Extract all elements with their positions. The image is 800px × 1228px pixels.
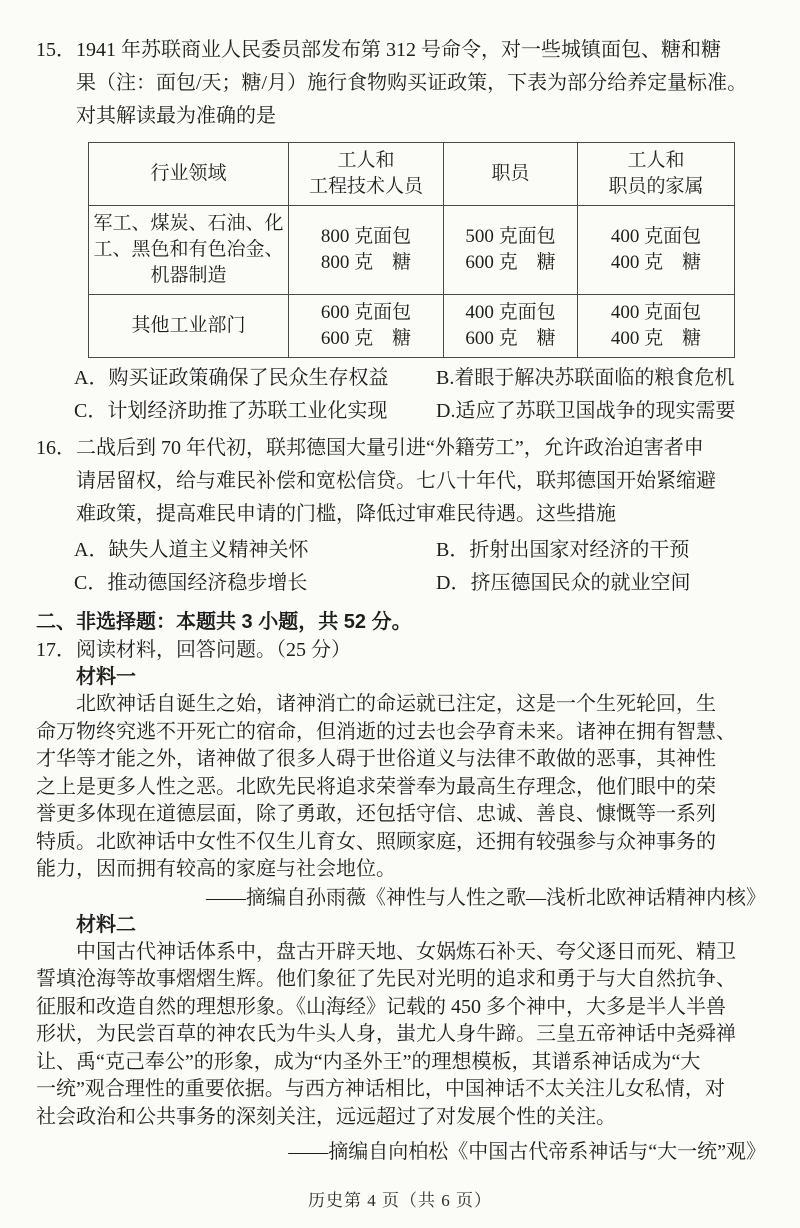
question-17: 17．阅读材料，回答问题。（25 分） 材料一 北欧神话自诞生之始，诸神消亡的命…	[36, 636, 768, 1166]
section-2-title: 二、非选择题：本题共 3 小题，共 52 分。	[36, 608, 768, 636]
option-label: B.	[436, 367, 454, 389]
option-label: D．	[436, 572, 470, 594]
table-cell-value: 600 克面包 600 克 糖	[289, 295, 444, 358]
ration-header-families: 工人和 职员的家属	[578, 143, 735, 206]
option-15-B: B.着眼于解决苏联面临的粮食危机	[436, 362, 768, 395]
question-16-number: 16．	[36, 432, 76, 465]
ration-header-workers-engineers: 工人和 工程技术人员	[289, 143, 444, 206]
option-text: 适应了苏联卫国战争的现实需要	[455, 400, 735, 422]
option-label: B．	[436, 539, 469, 561]
option-15-C: C．计划经济助推了苏联工业化实现	[74, 395, 436, 428]
page-footer: 历史第 4 页（共 6 页）	[0, 1186, 800, 1211]
question-16-stem: 二战后到 70 年代初，联邦德国大量引进“外籍劳工”，允许政治迫害者申 请居留权…	[76, 432, 768, 531]
question-15: 15． 1941 年苏联商业人民委员部发布第 312 号命令，对一些城镇面包、糖…	[36, 34, 768, 428]
table-cell-category: 其他工业部门	[89, 295, 289, 358]
table-cell-value: 500 克面包 600 克 糖	[444, 206, 578, 295]
material-1-text: 北欧神话自诞生之始，诸神消亡的命运就已注定，这是一个生死轮回，生 命万物终究逃不…	[36, 691, 768, 884]
ration-table-row-heavy-industry: 军工、煤炭、石油、化 工、黑色和有色冶金、 机器制造 800 克面包 800 克…	[89, 206, 735, 295]
question-16: 16． 二战后到 70 年代初，联邦德国大量引进“外籍劳工”，允许政治迫害者申 …	[36, 432, 768, 600]
question-15-number: 15．	[36, 34, 76, 67]
option-text: 推动德国经济稳步增长	[107, 572, 307, 594]
question-16-options: A．缺失人道主义精神关怀 B．折射出国家对经济的干预 C．推动德国经济稳步增长 …	[36, 534, 768, 600]
table-cell-value: 400 克面包 400 克 糖	[578, 206, 735, 295]
table-cell-value: 400 克面包 400 克 糖	[578, 295, 735, 358]
option-15-A: A．购买证政策确保了民众生存权益	[74, 362, 436, 395]
option-text: 缺失人道主义精神关怀	[108, 539, 308, 561]
question-17-header: 17．阅读材料，回答问题。（25 分）	[36, 636, 768, 664]
exam-page: 15． 1941 年苏联商业人民委员部发布第 312 号命令，对一些城镇面包、糖…	[0, 0, 800, 1228]
question-15-stem: 1941 年苏联商业人民委员部发布第 312 号命令，对一些城镇面包、糖和糖 果…	[76, 34, 768, 133]
option-16-A: A．缺失人道主义精神关怀	[74, 534, 436, 567]
option-label: D.	[436, 400, 455, 422]
ration-header-staff: 职员	[444, 143, 578, 206]
option-text: 挤压德国民众的就业空间	[470, 572, 690, 594]
option-label: C．	[74, 572, 107, 594]
table-cell-category: 军工、煤炭、石油、化 工、黑色和有色冶金、 机器制造	[89, 206, 289, 295]
ration-table-wrap: 行业领域 工人和 工程技术人员 职员 工人和 职员的家属 军工、煤炭、石油、化 …	[88, 142, 768, 358]
material-2-text: 中国古代神话体系中，盘古开辟天地、女娲炼石补天、夸父逐日而死、精卫 誓填沧海等故…	[36, 939, 768, 1132]
option-text: 购买证政策确保了民众生存权益	[108, 367, 388, 389]
option-text: 计划经济助推了苏联工业化实现	[107, 400, 387, 422]
option-16-B: B．折射出国家对经济的干预	[436, 534, 768, 567]
ration-table: 行业领域 工人和 工程技术人员 职员 工人和 职员的家属 军工、煤炭、石油、化 …	[88, 142, 735, 358]
table-cell-value: 800 克面包 800 克 糖	[289, 206, 444, 295]
question-15-options: A．购买证政策确保了民众生存权益 B.着眼于解决苏联面临的粮食危机 C．计划经济…	[36, 362, 768, 428]
material-2-source: ——摘编自向柏松《中国古代帝系神话与“大一统”观》	[36, 1138, 768, 1166]
material-1-label: 材料一	[36, 664, 768, 691]
ration-table-row-other-industry: 其他工业部门 600 克面包 600 克 糖 400 克面包 600 克 糖 4…	[89, 295, 735, 358]
ration-table-header-row: 行业领域 工人和 工程技术人员 职员 工人和 职员的家属	[89, 143, 735, 206]
option-15-D: D.适应了苏联卫国战争的现实需要	[436, 395, 768, 428]
option-16-C: C．推动德国经济稳步增长	[74, 567, 436, 600]
option-text: 折射出国家对经济的干预	[469, 539, 689, 561]
option-label: A．	[74, 539, 108, 561]
option-16-D: D．挤压德国民众的就业空间	[436, 567, 768, 600]
material-1-source: ——摘编自孙雨薇《神性与人性之歌—浅析北欧神话精神内核》	[36, 884, 768, 912]
option-label: A．	[74, 367, 108, 389]
option-text: 着眼于解决苏联面临的粮食危机	[454, 367, 734, 389]
option-label: C．	[74, 400, 107, 422]
material-2-label: 材料二	[36, 912, 768, 939]
ration-header-industry: 行业领域	[89, 143, 289, 206]
table-cell-value: 400 克面包 600 克 糖	[444, 295, 578, 358]
